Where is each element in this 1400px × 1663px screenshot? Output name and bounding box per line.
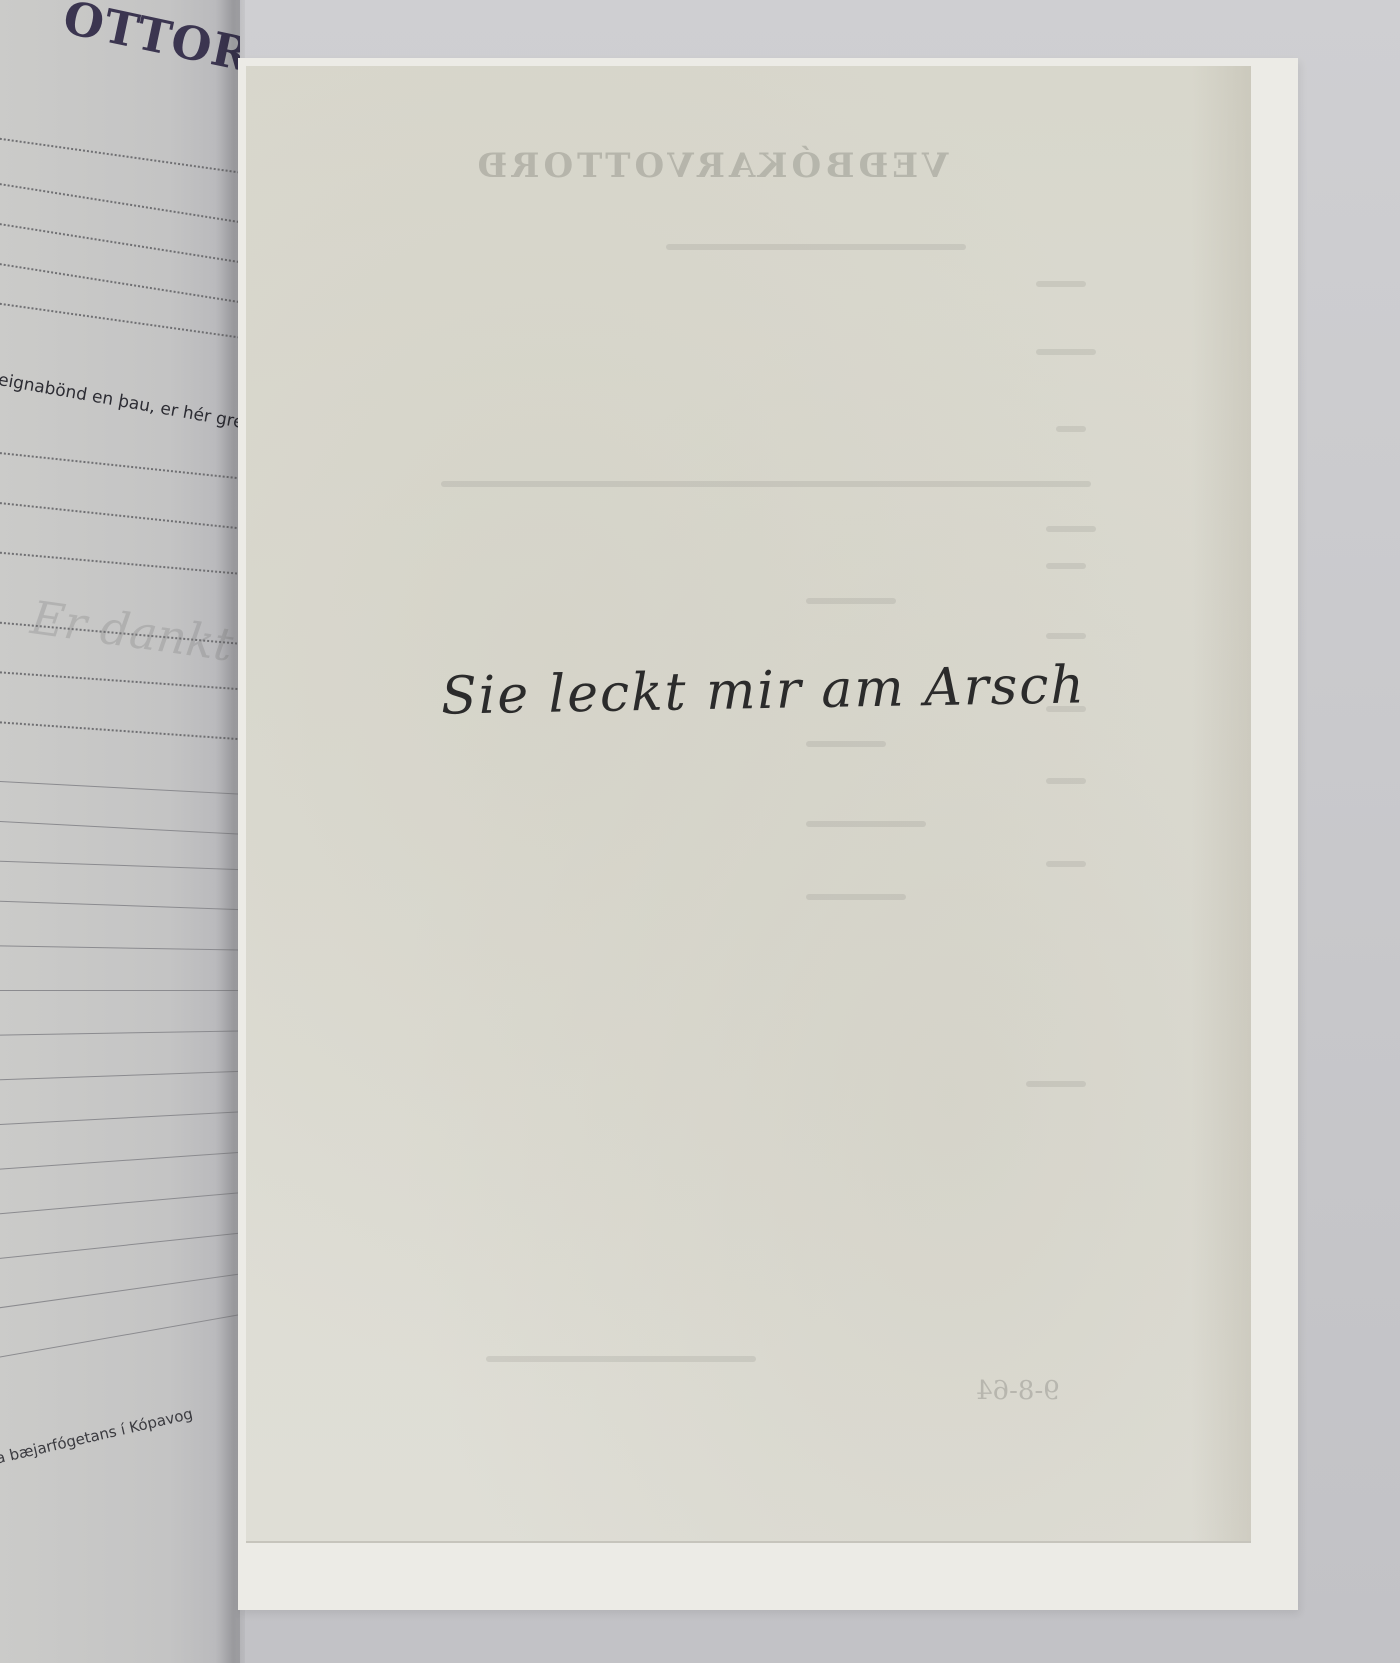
sheet-edge-shade <box>1191 66 1251 1541</box>
faded-text-line <box>1026 1081 1086 1087</box>
dotted-rule <box>0 720 240 742</box>
dotted-rule <box>0 180 240 227</box>
solid-rule <box>0 1110 240 1126</box>
dotted-rule <box>0 260 240 307</box>
faded-text-line <box>1046 861 1086 867</box>
faded-text-line <box>666 244 966 250</box>
left-page-title: OTTORÐ <box>59 0 240 91</box>
handwritten-inscription: Sie leckt mir am Arsch <box>441 655 1087 726</box>
faded-text-line <box>486 1356 756 1362</box>
faded-text-line <box>1036 349 1096 355</box>
dotted-rule <box>0 220 240 267</box>
solid-rule <box>0 1070 240 1081</box>
document-sheet: VEÐBÓKARVOTTORÐ Sie leckt mir am Arsch 9… <box>246 66 1251 1543</box>
left-page-footer-text: a bæjarfógetans í Kópavog <box>0 1405 194 1468</box>
solid-rule <box>0 780 240 796</box>
faded-text-line <box>1036 281 1086 287</box>
faded-text-line <box>806 741 886 747</box>
solid-rule <box>0 1190 240 1216</box>
faded-text-line <box>806 821 926 827</box>
dotted-rule <box>0 550 240 577</box>
solid-rule <box>0 1030 240 1036</box>
faded-text-line <box>1046 633 1086 639</box>
solid-rule <box>0 1310 240 1361</box>
faded-text-line <box>1046 563 1086 569</box>
faded-text-line <box>806 598 896 604</box>
mirrored-date: 9-8-64 <box>976 1376 1060 1406</box>
solid-rule <box>0 900 240 911</box>
left-page: OTTORÐ eignabönd en þau, er hér grein Er… <box>0 0 240 1663</box>
mirrored-document-title: VEÐBÓKARVOTTORÐ <box>461 146 961 186</box>
right-page: VEÐBÓKARVOTTORÐ Sie leckt mir am Arsch 9… <box>238 58 1298 1610</box>
solid-rule <box>0 1150 240 1171</box>
solid-rule <box>0 990 240 991</box>
dotted-rule <box>0 450 240 482</box>
dotted-rule <box>0 670 240 692</box>
faded-text-line <box>1046 778 1086 784</box>
dotted-rule <box>0 500 240 532</box>
solid-rule <box>0 820 240 836</box>
faded-handwriting: Er dankt ma <box>28 590 240 684</box>
solid-rule <box>0 860 240 871</box>
faded-text-line <box>1056 426 1086 432</box>
faded-text-line <box>441 481 1091 487</box>
faded-text-line <box>1046 526 1096 532</box>
solid-rule <box>0 945 240 951</box>
solid-rule <box>0 1270 240 1311</box>
faded-text-line <box>806 894 906 900</box>
dotted-rule <box>0 135 240 177</box>
solid-rule <box>0 1230 240 1261</box>
left-page-text: eignabönd en þau, er hér grein <box>0 370 240 436</box>
dotted-rule <box>0 300 240 342</box>
